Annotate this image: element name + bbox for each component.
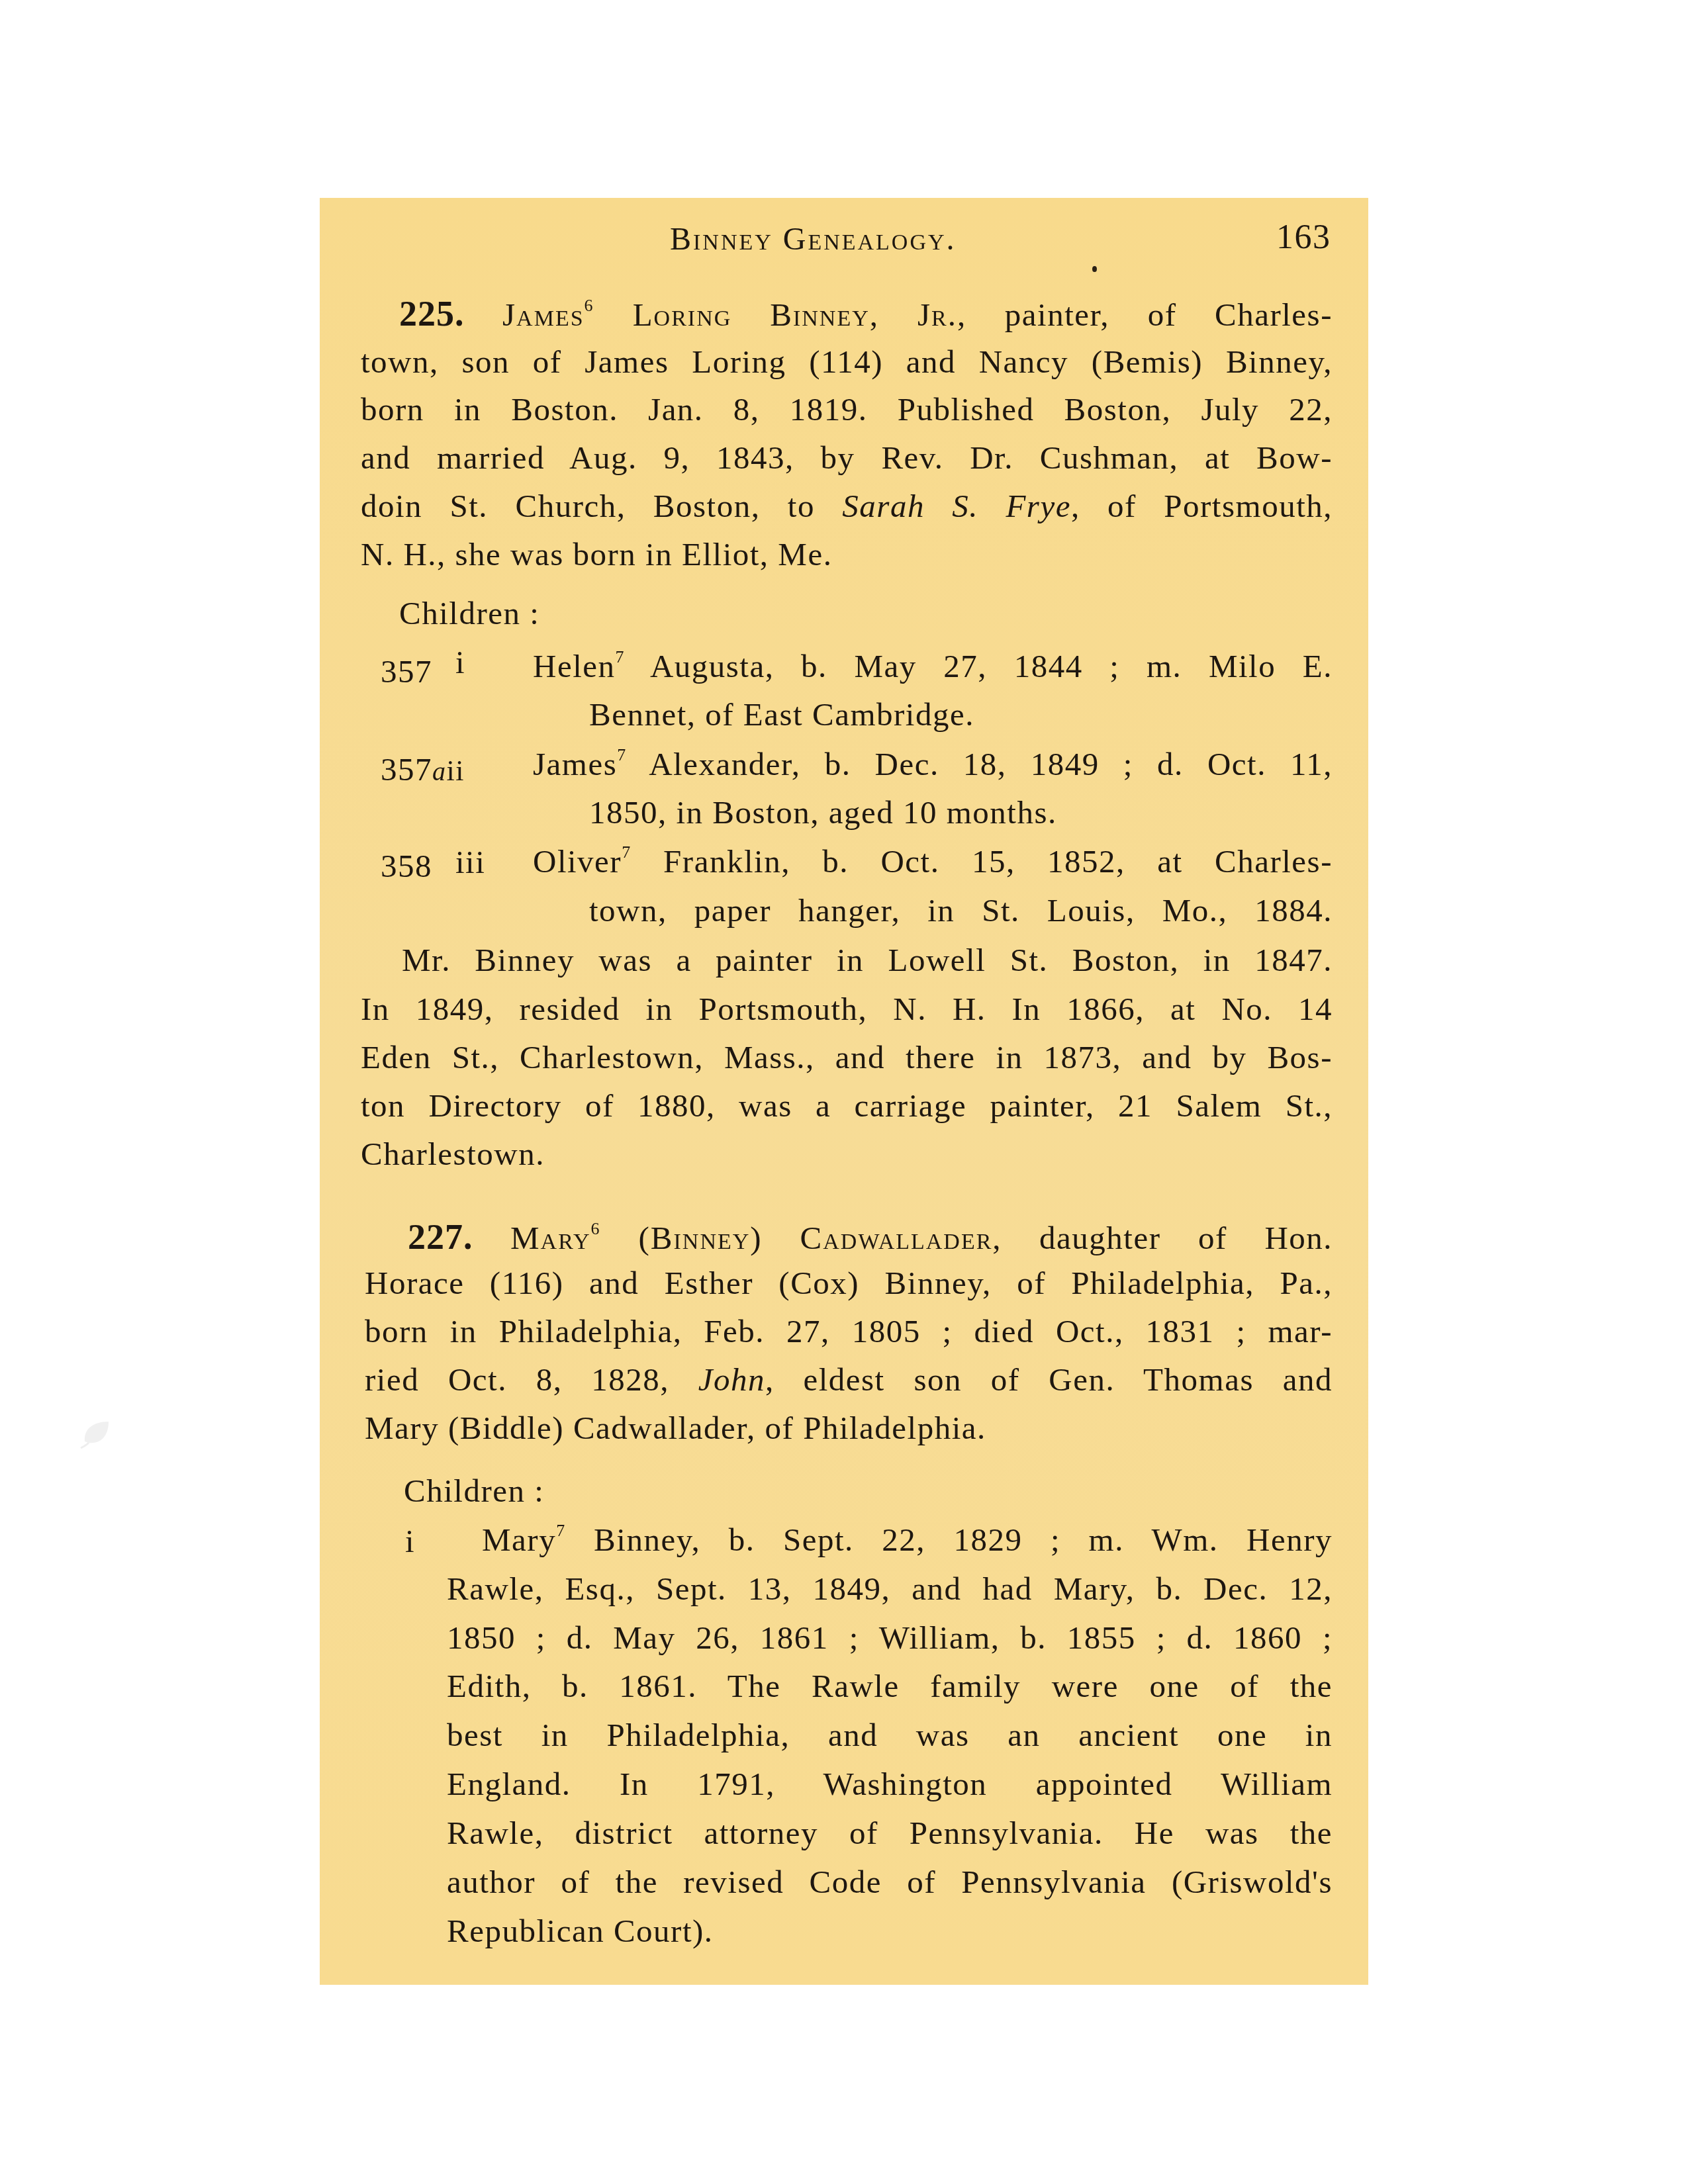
spouse-name: Sarah S. Frye — [842, 488, 1071, 524]
entry-227-line: born in Philadelphia, Feb. 27, 1805 ; di… — [365, 1315, 1333, 1347]
entry-225-line: town, son of James Loring (114) and Nanc… — [361, 345, 1333, 378]
entry-227-line: ried Oct. 8, 1828, John, eldest son of G… — [365, 1363, 1333, 1396]
child-roman: i — [405, 1525, 415, 1557]
note-line: ton Directory of 1880, was a carriage pa… — [361, 1089, 1333, 1122]
child-line: Helen7 Augusta, b. May 27, 1844 ; m. Mil… — [533, 650, 1333, 682]
note-line: Eden St., Charlestown, Mass., and there … — [361, 1041, 1333, 1073]
page-number: 163 — [1276, 220, 1331, 255]
child-line: England. In 1791, Washington appointed W… — [447, 1768, 1333, 1800]
children-label: Children : — [399, 597, 539, 629]
child-line: Mary7 Binney, b. Sept. 22, 1829 ; m. Wm.… — [482, 1524, 1333, 1556]
spouse-name: John — [698, 1361, 765, 1398]
entry-227-line: Horace (116) and Esther (Cox) Binney, of… — [365, 1267, 1333, 1299]
child-line: town, paper hanger, in St. Louis, Mo., 1… — [589, 894, 1333, 927]
child-line: author of the revised Code of Pennsylvan… — [447, 1866, 1333, 1898]
child-roman: iii — [455, 846, 485, 878]
entry-number: 227. — [408, 1217, 473, 1257]
note-line: In 1849, resided in Portsmouth, N. H. In… — [361, 993, 1333, 1025]
child-line: best in Philadelphia, and was an ancient… — [447, 1719, 1333, 1751]
entry-225-line: N. H., she was born in Elliot, Me. — [361, 538, 832, 570]
print-speck — [1092, 266, 1097, 272]
entry-225-line: doin St. Church, Boston, to Sarah S. Fry… — [361, 490, 1333, 522]
entry-227-line: Mary (Biddle) Cadwallader, of Philadelph… — [365, 1412, 986, 1444]
child-number: 357aii — [381, 753, 465, 786]
child-number: 358 — [381, 850, 432, 882]
entry-225-line: born in Boston. Jan. 8, 1819. Published … — [361, 393, 1333, 426]
person-name: James6 Loring Binney, Jr., — [502, 296, 966, 333]
child-line: 1850, in Boston, aged 10 months. — [589, 796, 1057, 829]
entry-225-heading-line: 225. James6 Loring Binney, Jr., painter,… — [399, 296, 1333, 332]
entry-227-heading-line: 227. Mary6 (Binney) Cadwallader, daughte… — [408, 1219, 1333, 1255]
child-line: James7 Alexander, b. Dec. 18, 1849 ; d. … — [533, 748, 1333, 780]
child-line: Oliver7 Franklin, b. Oct. 15, 1852, at C… — [533, 845, 1333, 878]
note-line: Mr. Binney was a painter in Lowell St. B… — [402, 944, 1333, 976]
child-number: 357 — [381, 655, 432, 688]
child-line: Edith, b. 1861. The Rawle family were on… — [447, 1670, 1333, 1702]
entry-225-line: and married Aug. 9, 1843, by Rev. Dr. Cu… — [361, 441, 1333, 474]
child-line: Rawle, Esq., Sept. 13, 1849, and had Mar… — [447, 1572, 1333, 1605]
child-line: 1850 ; d. May 26, 1861 ; William, b. 185… — [447, 1621, 1333, 1654]
running-title: Binney Genealogy. — [670, 224, 957, 255]
child-line: Bennet, of East Cambridge. — [589, 698, 974, 731]
child-line: Rawle, district attorney of Pennsylvania… — [447, 1817, 1333, 1849]
note-line: Charlestown. — [361, 1138, 545, 1170]
child-line: Republican Court). — [447, 1915, 714, 1947]
leaf-watermark-icon — [78, 1416, 113, 1451]
children-label: Children : — [404, 1475, 544, 1507]
person-name: Mary6 (Binney) Cadwallader, — [510, 1220, 1002, 1256]
entry-number: 225. — [399, 294, 465, 334]
child-roman: i — [455, 646, 465, 678]
